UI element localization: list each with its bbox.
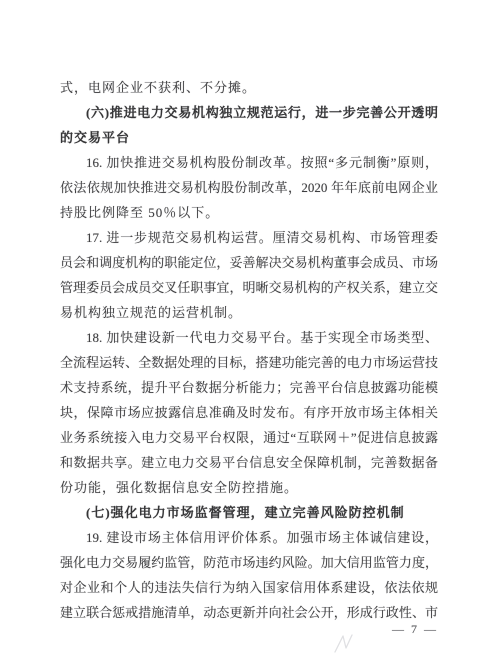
text-line: 份功能，强化数据信息安全防控措施。	[60, 475, 438, 500]
text-line: 19. 建设市场主体信用评价体系。加强市场主体诚信建设，	[60, 525, 438, 550]
text-line: 持股比例降至 50％以下。	[60, 200, 438, 225]
text-line: 术支持系统，提升平台数据分析能力；完善平台信息披露功能模	[60, 375, 438, 400]
text-column: 式，电网企业不获利、不分摊。(六)推进电力交易机构独立规范运行，进一步完善公开透…	[60, 75, 438, 625]
text-line: 员会和调度机构的职能定位，妥善解决交易机构董事会成员、市场	[60, 250, 438, 275]
text-line: 依法依规加快推进交易机构股份制改革，2020 年年底前电网企业	[60, 175, 438, 200]
text-line: 和数据共享。建立电力交易平台信息安全保障机制，完善数据备	[60, 450, 438, 475]
text-line: 18. 加快建设新一代电力交易平台。基于实现全市场类型、	[60, 325, 438, 350]
text-line: 全流程运转、全数据处理的目标，搭建功能完善的电力市场运营技	[60, 350, 438, 375]
text-line: 易机构独立规范的运营机制。	[60, 300, 438, 325]
text-line: 管理委员会成员交叉任职事宜，明晰交易机构的产权关系，建立交	[60, 275, 438, 300]
heading-line: 的交易平台	[60, 125, 438, 150]
page-number: — 7 —	[0, 622, 438, 637]
text-line: 强化电力交易履约监管，防范市场违约风险。加大信用监管力度，	[60, 550, 438, 575]
text-line: 业务系统接入电力交易平台权限，通过“互联网＋”促进信息披露	[60, 425, 438, 450]
text-line: 对企业和个人的违法失信行为纳入国家信用体系建设，依法依规	[60, 575, 438, 600]
text-line: 块，保障市场应披露信息准确及时发布。有序开放市场主体相关	[60, 400, 438, 425]
document-page: 式，电网企业不获利、不分摊。(六)推进电力交易机构独立规范运行，进一步完善公开透…	[0, 0, 500, 654]
text-line: 17. 进一步规范交易机构运营。厘清交易机构、市场管理委	[60, 225, 438, 250]
scan-artifact-mark	[332, 633, 364, 654]
text-line: 式，电网企业不获利、不分摊。	[60, 75, 438, 100]
heading-line: (六)推进电力交易机构独立规范运行，进一步完善公开透明	[60, 100, 438, 125]
text-line: 16. 加快推进交易机构股份制改革。按照“多元制衡”原则，	[60, 150, 438, 175]
heading-line: (七)强化电力市场监督管理，建立完善风险防控机制	[60, 500, 438, 525]
